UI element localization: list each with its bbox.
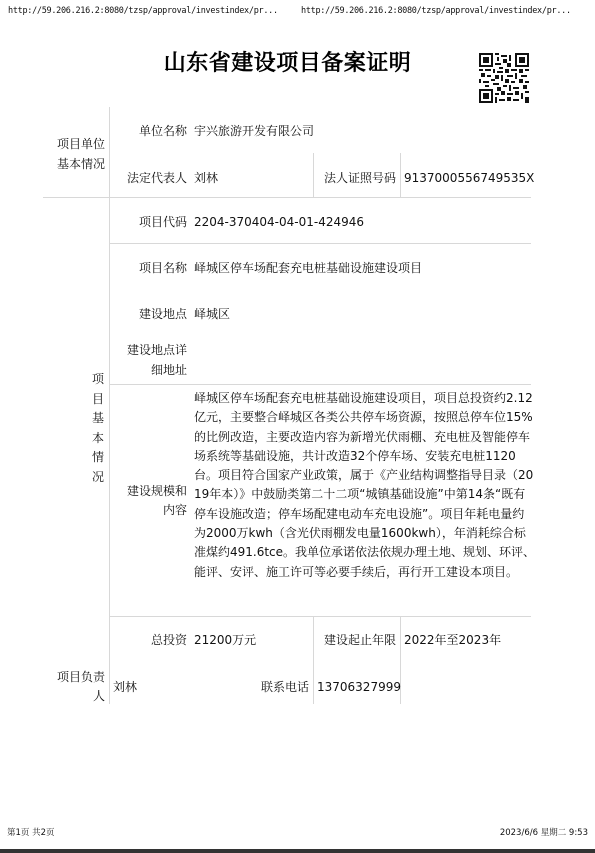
project-section-label: 项 目 基 本 情 况: [90, 370, 106, 487]
scale-content-value: 峄城区停车场配套充电桩基础设施建设项目，项目总投资约2.12亿元，主要整合峄城区…: [194, 389, 536, 582]
table-divider-license: [400, 153, 401, 197]
detail-address-label-line1: 建设地点详: [112, 343, 187, 358]
unit-name-label: 单位名称: [112, 124, 187, 139]
unit-name-value: 宇兴旅游开发有限公司: [194, 124, 314, 139]
manager-label-line2: 人: [43, 689, 105, 704]
legal-rep-label: 法定代表人: [112, 171, 187, 186]
license-label: 法人证照号码: [314, 171, 396, 186]
table-divider-code-row: [110, 243, 531, 244]
phone-value: 13706327999: [317, 680, 401, 695]
print-header-url-right: http://59.206.216.2:8080/tzsp/approval/i…: [301, 6, 571, 16]
table-divider-investment: [313, 617, 314, 704]
period-label: 建设起止年限: [314, 633, 396, 648]
table-divider-unit-section: [43, 197, 531, 198]
scale-label-line2: 内容: [112, 503, 187, 518]
qr-code-icon: [479, 53, 529, 103]
table-divider-scale-row: [110, 616, 531, 617]
project-section-label-char: 基: [90, 409, 106, 429]
project-section-label-char: 本: [90, 429, 106, 449]
total-investment-value: 21200万元: [194, 633, 256, 648]
table-divider-address-row: [110, 384, 531, 385]
page-info: 第1页 共2页: [7, 826, 55, 838]
phone-label: 联系电话: [230, 680, 309, 695]
unit-section-label-line1: 项目单位: [43, 137, 105, 152]
bottom-edge-bar: [0, 849, 595, 853]
manager-label-line1: 项目负责: [43, 670, 105, 685]
detail-address-label-line2: 细地址: [112, 363, 187, 378]
manager-name-value: 刘林: [113, 680, 137, 695]
license-value: 9137000556749535X: [404, 171, 534, 186]
scale-label-line1: 建设规模和: [112, 484, 187, 499]
project-name-value: 峄城区停车场配套充电桩基础设施建设项目: [194, 261, 422, 276]
location-label: 建设地点: [112, 307, 187, 322]
project-code-label: 项目代码: [112, 215, 187, 230]
project-section-label-char: 情: [90, 448, 106, 468]
project-section-label-char: 目: [90, 390, 106, 410]
project-section-label-char: 项: [90, 370, 106, 390]
print-datetime: 2023/6/6 星期二 9:53: [500, 826, 588, 838]
print-header-url-left: http://59.206.216.2:8080/tzsp/approval/i…: [8, 6, 278, 16]
legal-rep-value: 刘林: [194, 171, 218, 186]
total-investment-label: 总投资: [112, 633, 187, 648]
unit-section-label-line2: 基本情况: [43, 157, 105, 172]
project-name-label: 项目名称: [112, 261, 187, 276]
project-code-value: 2204-370404-04-01-424946: [194, 215, 364, 230]
project-section-label-char: 况: [90, 468, 106, 488]
location-value: 峄城区: [194, 307, 230, 322]
period-value: 2022年至2023年: [404, 633, 501, 648]
